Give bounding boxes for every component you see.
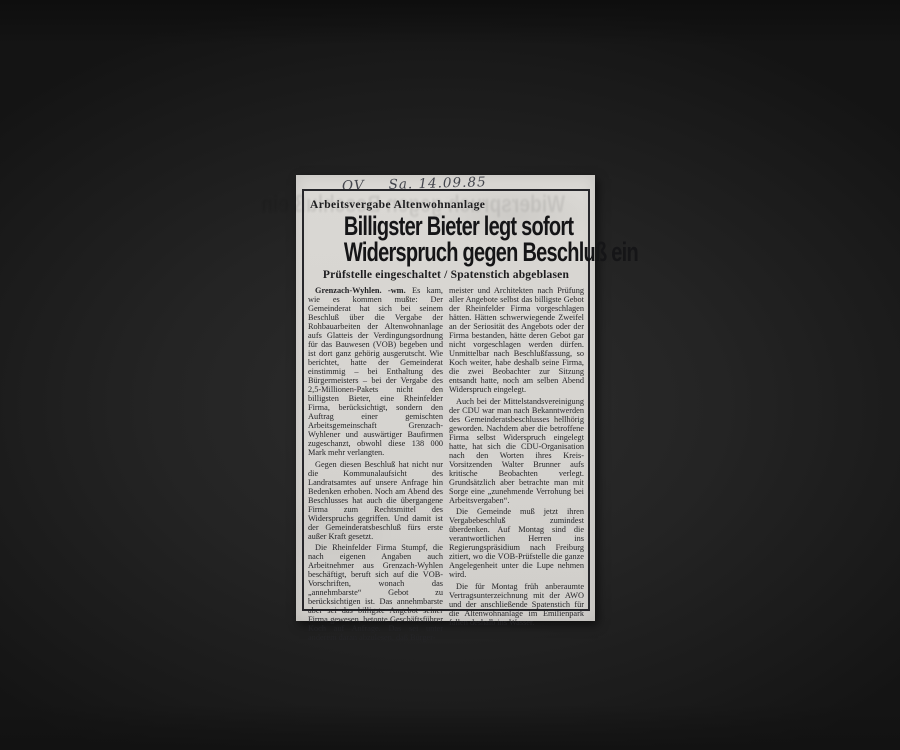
paragraph-4: meister und Architekten nach Prüfung all…: [449, 286, 584, 394]
paragraph-2: Gegen diesen Beschluß hat nicht nur die …: [308, 460, 443, 541]
article-body: Grenzach-Wyhlen. -wm. Es kam, wie es kom…: [308, 286, 584, 645]
paragraph-5: Auch bei der Mittelstandsvereinigung der…: [449, 397, 584, 505]
body-column-right: meister und Architekten nach Prüfung all…: [449, 286, 584, 645]
article-kicker: Arbeitsvergabe Altenwohnanlage: [310, 199, 584, 211]
headline-line-2: Widerspruch gegen Beschluß ein: [344, 239, 548, 265]
article-border-frame: Arbeitsvergabe Altenwohnanlage Billigste…: [302, 189, 590, 611]
newspaper-clipping: OVSa. 14.09.85 Widerspruch gegen Beschlu…: [296, 175, 595, 621]
body-column-left: Grenzach-Wyhlen. -wm. Es kam, wie es kom…: [308, 286, 443, 645]
paragraph-6: Die Gemeinde muß jetzt ihren Vergabebesc…: [449, 507, 584, 579]
dateline-lead: Grenzach-Wyhlen. -wm.: [315, 286, 406, 295]
article-subhead: Prüfstelle eingeschaltet / Spatenstich a…: [308, 269, 584, 281]
paragraph-1-text: Es kam, wie es kommen mußte: Der Gemeind…: [308, 286, 443, 457]
article-headline: Billigster Bieter legt sofort Widerspruc…: [308, 213, 584, 265]
paragraph-1: Grenzach-Wyhlen. -wm. Es kam, wie es kom…: [308, 286, 443, 457]
paragraph-3: Die Rheinfelder Firma Stumpf, die nach e…: [308, 543, 443, 642]
headline-line-1: Billigster Bieter legt sofort: [344, 213, 548, 239]
paragraph-7: Die für Montag früh anberaumte Vertragsu…: [449, 582, 584, 627]
